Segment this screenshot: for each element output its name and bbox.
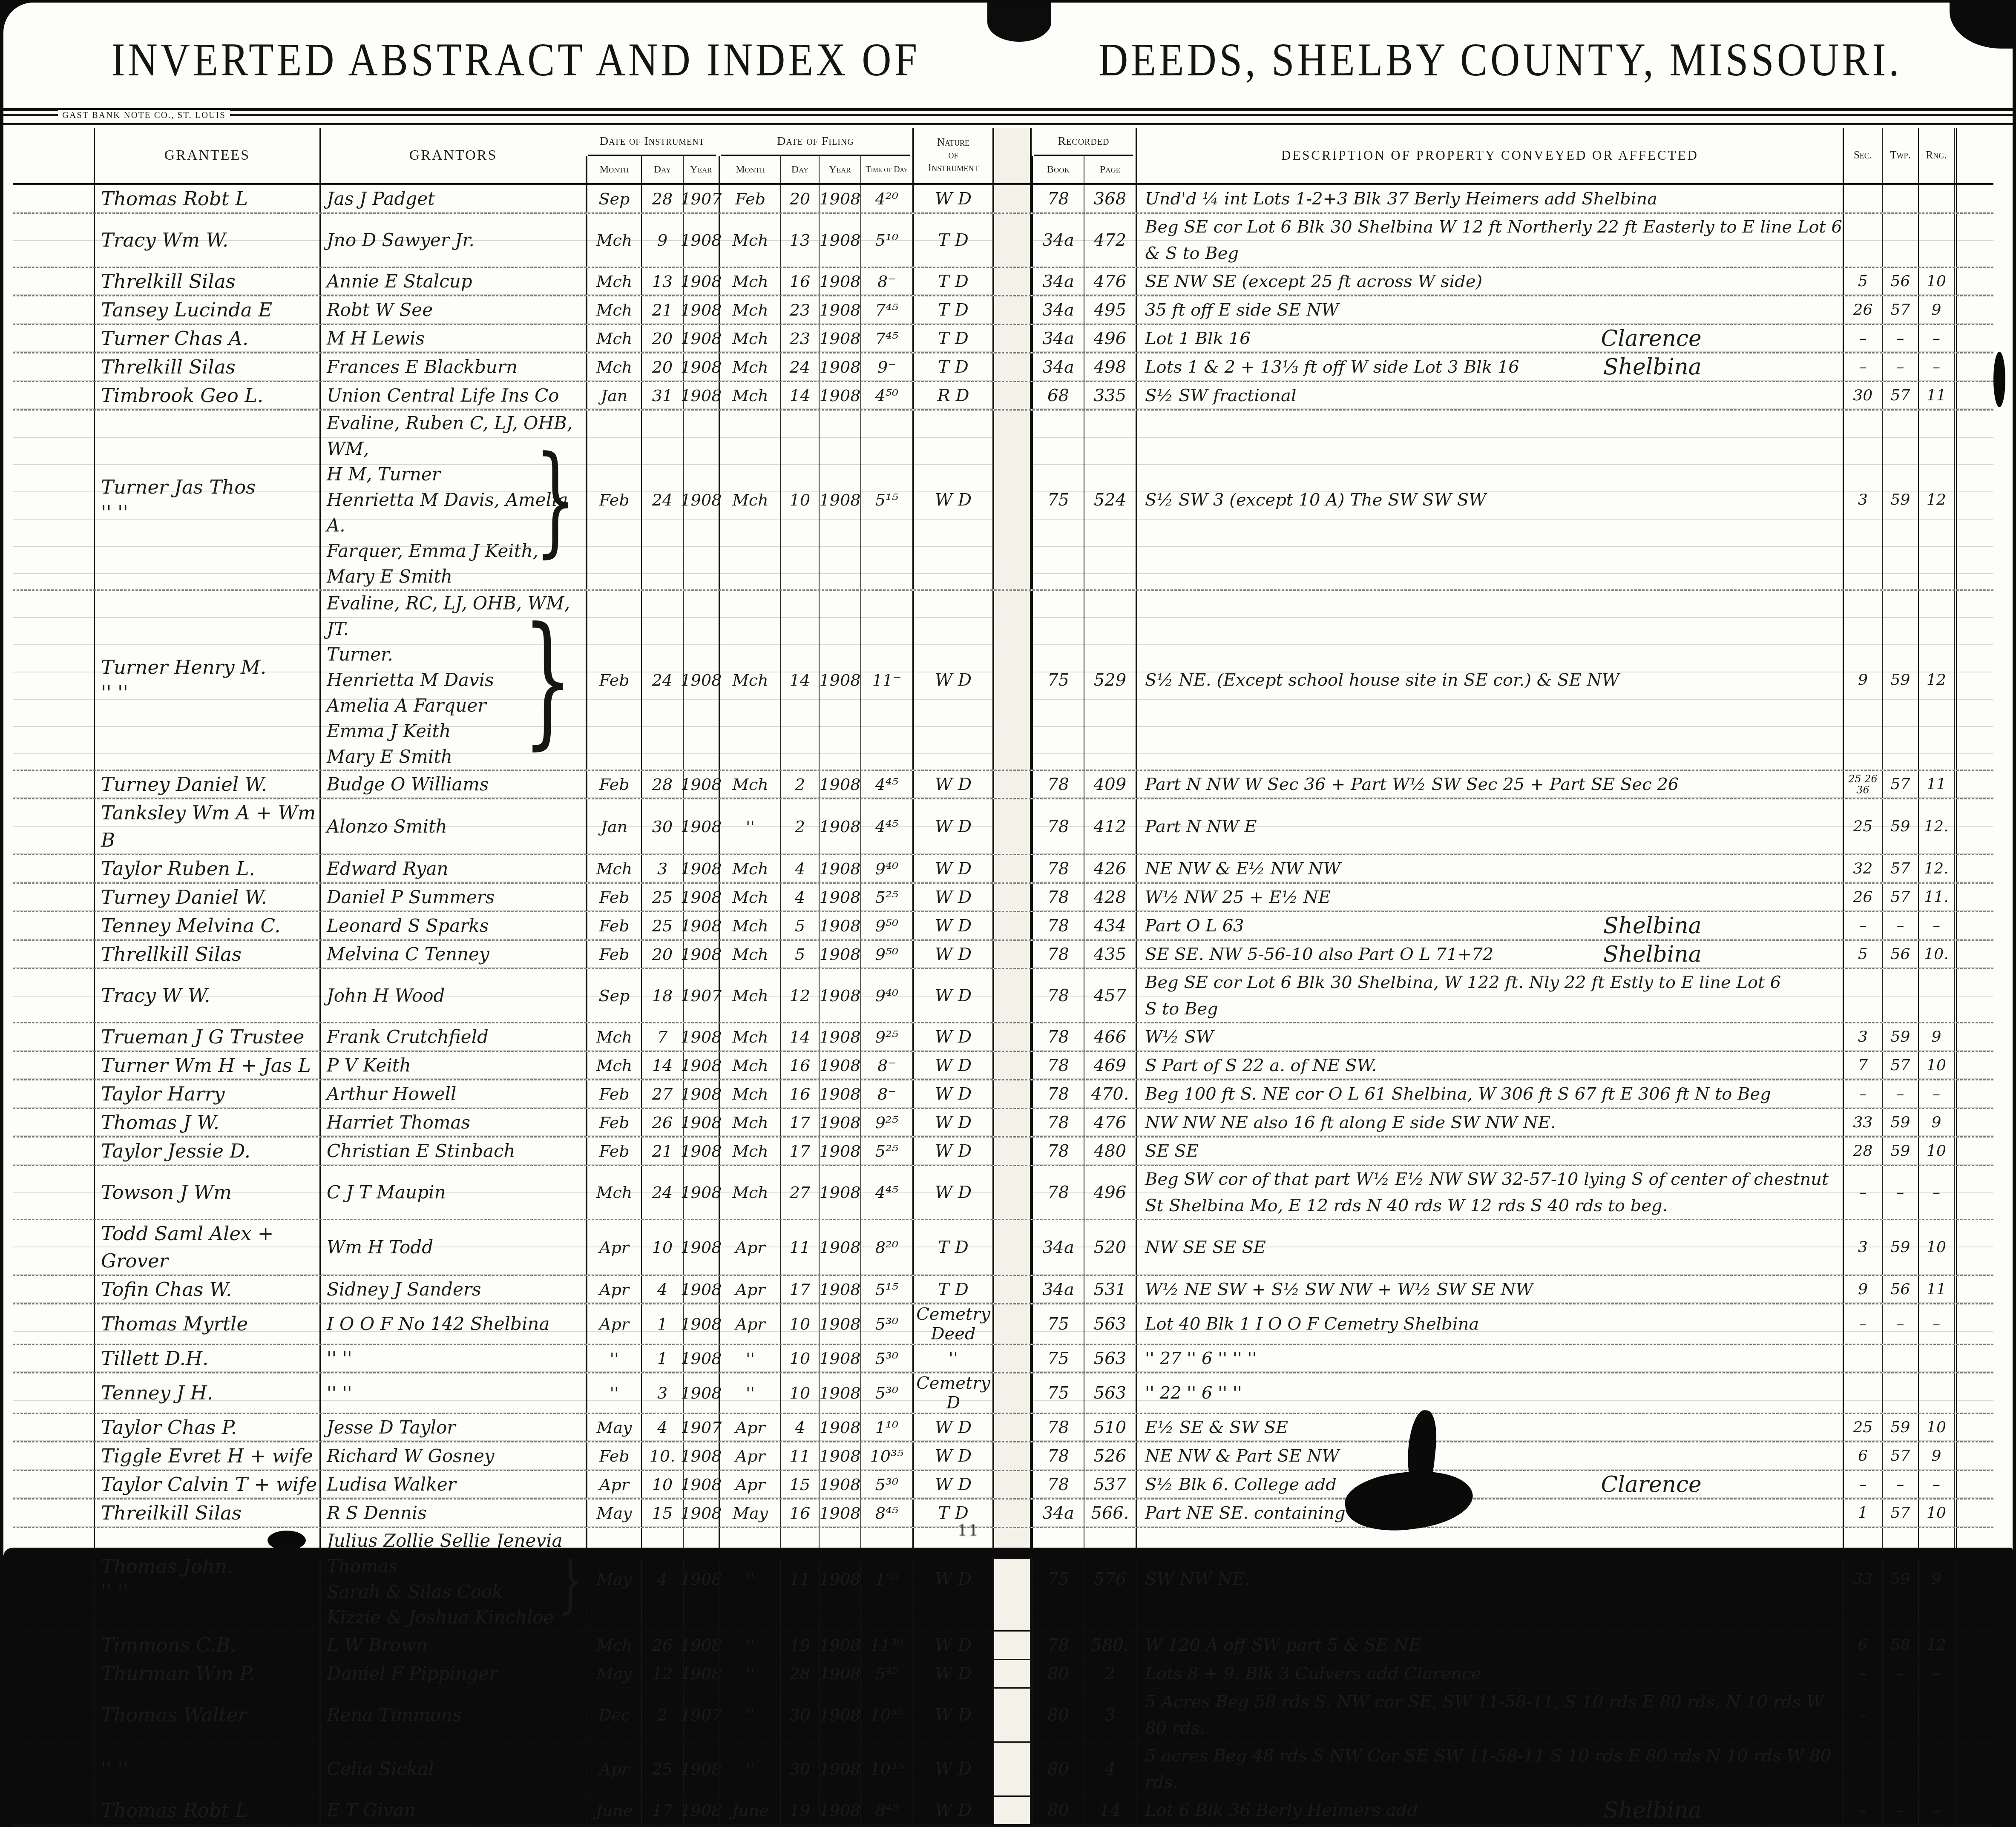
book-cell: 78: [1032, 185, 1084, 213]
handwritten-text: 78: [1047, 185, 1069, 213]
file-month-cell: Feb: [719, 185, 780, 213]
file-day-cell: 16: [780, 1500, 819, 1527]
rng-cell: –: [1918, 1080, 1954, 1108]
handwritten-text: 11: [1927, 771, 1946, 798]
right-margin-cell: [1954, 1471, 1993, 1498]
right-margin-cell: [1954, 771, 1993, 798]
handwritten-text: W D: [935, 1183, 972, 1202]
page-cell: 563: [1084, 1373, 1136, 1413]
file-year-cell: 1908: [819, 1109, 860, 1136]
time-cell: 5³⁰: [860, 1373, 912, 1413]
handwritten-text: 34a: [1042, 1500, 1074, 1527]
margin-cell: [13, 1345, 94, 1372]
twp-cell: 59: [1882, 411, 1918, 589]
table-row: Tanksley Wm A + Wm BAlonzo SmithJan30190…: [13, 799, 1993, 855]
handwritten-text: 496: [1094, 1179, 1126, 1206]
sec-cell: [1843, 1345, 1882, 1372]
handwritten-text: 368: [1094, 185, 1126, 213]
sec-cell: 26: [1843, 884, 1882, 911]
grantor-cell: Frank Crutchfield: [319, 1023, 586, 1051]
grantor-cell: P V Keith: [319, 1052, 586, 1079]
handwritten-text: 563: [1094, 1310, 1126, 1338]
right-margin-cell: [1954, 1276, 1993, 1303]
file-year-cell: 1908: [819, 1471, 860, 1498]
page-cell: 470.: [1084, 1080, 1136, 1108]
handwritten-text: 56: [1891, 1276, 1910, 1303]
handwritten-text: 78: [1047, 884, 1069, 911]
grantor-cell: Jas J Padget: [319, 185, 586, 213]
margin-cell: [13, 1304, 94, 1344]
handwritten-text: Und'd ¼ int Lots 1-2+3 Blk 37 Berly Heim…: [1137, 186, 1657, 212]
instr-month-cell: Mch: [586, 214, 641, 267]
grantee-cell: Tansey Lucinda E: [94, 296, 319, 324]
instr-day-cell: 28: [641, 771, 683, 798]
nature-cell: W D: [912, 1471, 992, 1498]
handwritten-text: SE NW SE (except 25 ft across W side): [1137, 268, 1482, 295]
handwritten-text: 472: [1094, 227, 1126, 254]
handwritten-text: –: [1897, 325, 1904, 352]
rng-cell: 9: [1918, 296, 1954, 324]
handwritten-text: Threlkill Silas: [95, 268, 236, 295]
handwritten-text: 496: [1094, 325, 1126, 352]
grantee-cell: Taylor Ruben L.: [94, 855, 319, 882]
handwritten-text: –: [1859, 1080, 1867, 1108]
handwritten-text: 34a: [1042, 325, 1074, 352]
handwritten-text: 11.: [1924, 884, 1948, 911]
handwritten-text: Beg SE cor Lot 6 Blk 30 Shelbina, W 122 …: [1137, 969, 1781, 1022]
handwritten-text: 78: [1047, 1138, 1069, 1165]
right-margin-cell: [1954, 969, 1993, 1022]
rng-cell: [1918, 969, 1954, 1022]
handwritten-text: –: [1933, 1080, 1940, 1108]
margin-cell: [13, 912, 94, 939]
handwritten-text: Feb: [599, 771, 629, 798]
handwritten-text: 59: [1891, 1138, 1910, 1165]
handwritten-text: '': [610, 1345, 619, 1372]
handwritten-text: 1908: [820, 325, 861, 352]
sec-cell: 3: [1843, 1023, 1882, 1051]
file-day-cell: 24: [780, 353, 819, 381]
instr-day-cell: 18: [641, 969, 683, 1022]
instr-month-cell: Mch: [586, 296, 641, 324]
twp-cell: 57: [1882, 1052, 1918, 1079]
description-cell: Part NE SE. containing 2 A.: [1136, 1500, 1843, 1527]
page-cell: 428: [1084, 884, 1136, 911]
handwritten-text: 2: [795, 771, 805, 798]
sec-cell: [1843, 185, 1882, 213]
handwritten-text: –: [1859, 325, 1867, 352]
handwritten-text: Tansey Lucinda E: [95, 296, 272, 324]
margin-cell: [13, 771, 94, 798]
file-month-cell: '': [719, 799, 780, 854]
sec-cell: 30: [1843, 382, 1882, 409]
handwritten-text: 1908: [681, 1345, 722, 1372]
instr-month-cell: May: [586, 1414, 641, 1441]
page-cell: 531: [1084, 1276, 1136, 1303]
handwritten-text: 5: [1858, 941, 1868, 968]
handwritten-text: Feb: [735, 185, 765, 213]
instr-year-cell: 1908: [683, 941, 719, 968]
handwritten-text: 1908: [820, 1023, 861, 1051]
page-cell: 476: [1084, 1109, 1136, 1136]
handwritten-text: 57: [1891, 884, 1910, 911]
handwritten-text: 16: [790, 268, 810, 295]
right-margin-cell: [1954, 296, 1993, 324]
grantor-cell: Leonard S Sparks: [319, 912, 586, 939]
sec-cell: 32: [1843, 855, 1882, 882]
handwritten-text: 12: [1927, 666, 1946, 694]
grantee-cell: Tiggle Evret H + wife: [94, 1442, 319, 1470]
subheader-page: Page: [1084, 156, 1136, 183]
book-cell: 34a: [1032, 1276, 1084, 1303]
handwritten-text: 12: [790, 982, 810, 1009]
instr-day-cell: 21: [641, 296, 683, 324]
instr-year-cell: 1908: [683, 382, 719, 409]
handwritten-text: Apr: [736, 1414, 765, 1441]
handwritten-text: Mch: [596, 855, 633, 882]
right-margin-cell: [1954, 1414, 1993, 1441]
nature-cell: W D: [912, 591, 992, 770]
handwritten-text: Mch: [596, 1023, 633, 1051]
handwritten-text: '': [746, 813, 755, 840]
book-cell: 78: [1032, 771, 1084, 798]
handwritten-text: W D: [935, 1141, 972, 1161]
handwritten-text: 34a: [1042, 1276, 1074, 1303]
file-month-cell: '': [719, 1373, 780, 1413]
handwritten-text: 27: [652, 1080, 673, 1108]
handwritten-text: Threilkill Silas: [95, 1500, 242, 1527]
handwritten-text: NE NW & Part SE NW: [1137, 1443, 1339, 1469]
handwritten-text: 409: [1094, 771, 1126, 798]
handwritten-text: Feb: [599, 1080, 629, 1108]
handwritten-text: 563: [1094, 1379, 1126, 1407]
nature-cell: W D: [912, 855, 992, 882]
handwritten-text: 14: [790, 1023, 810, 1051]
handwritten-text: 1908: [681, 1234, 722, 1261]
file-month-cell: Mch: [719, 1166, 780, 1219]
handwritten-text: Threllkill Silas: [95, 941, 242, 968]
right-margin-cell: [1954, 884, 1993, 911]
handwritten-text: E½ SE & SW SE: [1137, 1414, 1288, 1441]
subheader-file-day: Day: [780, 156, 819, 183]
nature-cell: Cemetry Deed: [912, 1304, 992, 1344]
fold-cell: [992, 1023, 1032, 1051]
page-cell: 495: [1084, 296, 1136, 324]
handwritten-text: 8⁻: [877, 1080, 896, 1108]
description-cell: Part O L 63Shelbina: [1136, 912, 1843, 939]
margin-cell: [13, 855, 94, 882]
handwritten-text: Jan: [601, 813, 627, 840]
handwritten-text: W D: [935, 888, 972, 907]
handwritten-text: –: [1859, 1179, 1867, 1206]
file-month-cell: Apr: [719, 1304, 780, 1344]
grantee-cell: Trueman J G Trustee: [94, 1023, 319, 1051]
handwritten-text: Feb: [599, 486, 629, 514]
time-cell: 4⁴⁵: [860, 771, 912, 798]
handwritten-text: 1908: [681, 941, 722, 968]
col-header-description: DESCRIPTION OF PROPERTY CONVEYED OR AFFE…: [1136, 128, 1843, 183]
fold-cell: [992, 268, 1032, 295]
instr-month-cell: Jan: [586, 382, 641, 409]
description-cell: Part N NW E: [1136, 799, 1843, 854]
grantor-cell: Robt W See: [319, 296, 586, 324]
col-header-twp: Twp.: [1882, 128, 1918, 183]
description-cell: Lot 40 Blk 1 I O O F Cemetry Shelbina: [1136, 1304, 1843, 1344]
handwritten-text: 476: [1094, 268, 1126, 295]
table-row: Threllkill SilasMelvina C TenneyFeb20190…: [13, 941, 1993, 969]
table-row: Turney Daniel W.Budge O WilliamsFeb28190…: [13, 771, 1993, 799]
instr-year-cell: 1907: [683, 185, 719, 213]
margin-cell: [13, 1414, 94, 1441]
rng-cell: 9: [1918, 1442, 1954, 1470]
handwritten-text: W D: [935, 1027, 972, 1047]
nature-cell: W D: [912, 1052, 992, 1079]
instr-year-cell: 1908: [683, 771, 719, 798]
handwritten-text: 11: [790, 1234, 810, 1261]
rng-cell: 9: [1918, 1109, 1954, 1136]
file-year-cell: 1908: [819, 799, 860, 854]
time-cell: 9⁴⁰: [860, 855, 912, 882]
instr-month-cell: Apr: [586, 1220, 641, 1275]
instr-year-cell: 1908: [683, 214, 719, 267]
nature-cell: W D: [912, 411, 992, 589]
handwritten-text: 466: [1094, 1023, 1126, 1051]
twp-cell: 59: [1882, 1109, 1918, 1136]
handwritten-text: R S Dennis: [321, 1500, 427, 1527]
handwritten-text: 78: [1047, 912, 1069, 939]
grantee-cell: Towson J Wm: [94, 1166, 319, 1219]
handwritten-text: 524: [1094, 486, 1126, 514]
handwritten-text: 9: [1858, 1276, 1868, 1303]
margin-cell: [13, 969, 94, 1022]
rng-cell: –: [1918, 912, 1954, 939]
book-cell: 34a: [1032, 296, 1084, 324]
handwritten-text: Apr: [736, 1234, 765, 1261]
handwritten-text: –: [1933, 1471, 1940, 1498]
file-year-cell: 1908: [819, 325, 860, 352]
margin-cell: [13, 1500, 94, 1527]
time-cell: 5³⁰: [860, 1345, 912, 1372]
right-margin-cell: [1954, 1220, 1993, 1275]
handwritten-text: 7⁴⁵: [875, 325, 899, 352]
handwritten-text: W D: [935, 775, 972, 794]
time-cell: 4⁵⁰: [860, 382, 912, 409]
grantor-cell: Budge O Williams: [319, 771, 586, 798]
handwritten-text: 1908: [820, 1052, 861, 1079]
handwritten-text: Timbrook Geo L.: [95, 382, 263, 409]
handwritten-text: 1908: [681, 1471, 722, 1498]
handwritten-text: S Part of S 22 a. of NE SW.: [1137, 1052, 1377, 1079]
handwritten-text: Mch: [732, 941, 768, 968]
handwritten-text: Richard W Gosney: [321, 1442, 495, 1470]
handwritten-text: W D: [935, 986, 972, 1005]
handwritten-text: Tenney Melvina C.: [95, 912, 281, 939]
subheader-book: Book: [1032, 156, 1084, 183]
handwritten-text: 1: [657, 1310, 667, 1338]
time-cell: 7⁴⁵: [860, 325, 912, 352]
handwritten-text: Edward Ryan: [321, 855, 449, 882]
handwritten-text: 59: [1891, 486, 1910, 514]
handwritten-text: Mch: [732, 296, 768, 324]
handwritten-text: 57: [1891, 1052, 1910, 1079]
fold-cell: [992, 1345, 1032, 1372]
handwritten-text: 28: [652, 185, 673, 213]
handwritten-text: 563: [1094, 1345, 1126, 1372]
handwritten-text: Feb: [599, 1138, 629, 1165]
handwritten-text: T D: [938, 1280, 968, 1299]
instr-month-cell: Feb: [586, 411, 641, 589]
col-header-date-of-instrument: Date of Instrument: [588, 128, 716, 156]
handwritten-text: W D: [935, 859, 972, 879]
handwritten-text: 1907: [681, 1414, 722, 1441]
rng-cell: [1918, 1373, 1954, 1413]
book-cell: 78: [1032, 855, 1084, 882]
grantee-cell: Tanksley Wm A + Wm B: [94, 799, 319, 854]
handwritten-text: 1908: [681, 855, 722, 882]
instr-day-cell: 20: [641, 353, 683, 381]
handwritten-text: Alonzo Smith: [321, 813, 447, 840]
handwritten-text: Tracy W W.: [95, 982, 210, 1009]
grantor-cell: John H Wood: [319, 969, 586, 1022]
file-month-cell: Mch: [719, 855, 780, 882]
grantee-cell: Tracy Wm W.: [94, 214, 319, 267]
fold-cell: [992, 411, 1032, 589]
rng-cell: –: [1918, 1471, 1954, 1498]
handwritten-text: C J T Maupin: [321, 1179, 446, 1206]
handwritten-text: 428: [1094, 884, 1126, 911]
handwritten-text: 78: [1047, 1471, 1069, 1498]
time-cell: 5¹⁵: [860, 1276, 912, 1303]
handwritten-text: 1908: [820, 1179, 861, 1206]
handwritten-text: 520: [1094, 1234, 1126, 1261]
handwritten-text: 3: [657, 1379, 667, 1407]
grantee-cell: Tracy W W.: [94, 969, 319, 1022]
book-cell: 75: [1032, 591, 1084, 770]
handwritten-text: May: [733, 1500, 768, 1527]
handwritten-text: 10: [1927, 268, 1946, 295]
handwritten-text: W D: [935, 1418, 972, 1437]
instr-year-cell: 1908: [683, 799, 719, 854]
time-cell: 9⁻: [860, 353, 912, 381]
fold-cell: [992, 353, 1032, 381]
grantee-cell: Tofin Chas W.: [94, 1276, 319, 1303]
handwritten-text: 3: [657, 855, 667, 882]
nature-cell: W D: [912, 1138, 992, 1165]
nature-cell: W D: [912, 185, 992, 213]
handwritten-text: 10: [790, 1345, 810, 1372]
handwritten-text: 57: [1891, 1500, 1910, 1527]
file-year-cell: 1908: [819, 771, 860, 798]
right-margin-cell: [1954, 1052, 1993, 1079]
instr-year-cell: 1908: [683, 411, 719, 589]
place-name: Shelbina: [1603, 354, 1702, 380]
instr-day-cell: 25: [641, 912, 683, 939]
handwritten-text: 1908: [681, 296, 722, 324]
instr-day-cell: 3: [641, 1373, 683, 1413]
sec-cell: –: [1843, 1166, 1882, 1219]
file-month-cell: Mch: [719, 411, 780, 589]
file-year-cell: 1908: [819, 296, 860, 324]
nature-cell: W D: [912, 1109, 992, 1136]
instr-year-cell: 1907: [683, 969, 719, 1022]
handwritten-text: Frank Crutchfield: [321, 1023, 489, 1051]
right-margin-cell: [1954, 1023, 1993, 1051]
nature-cell: W D: [912, 969, 992, 1022]
instr-month-cell: Feb: [586, 1080, 641, 1108]
right-margin-cell: [1954, 1109, 1993, 1136]
handwritten-text: –: [1897, 1179, 1904, 1206]
table-row: Turner Chas A.M H LewisMch201908Mch23190…: [13, 325, 1993, 353]
handwritten-text: Jesse D Taylor: [321, 1414, 455, 1441]
margin-cell: [13, 214, 94, 267]
handwritten-text: 59: [1891, 666, 1910, 694]
right-margin-cell: [1954, 382, 1993, 409]
time-cell: 9⁵⁰: [860, 912, 912, 939]
handwritten-text: 9²⁵: [875, 1023, 899, 1051]
book-cell: 78: [1032, 1080, 1084, 1108]
handwritten-text: 335: [1094, 382, 1126, 409]
handwritten-text: Apr: [599, 1234, 629, 1261]
rng-cell: [1918, 214, 1954, 267]
handwritten-text: 412: [1094, 813, 1126, 840]
handwritten-text: 1908: [681, 1310, 722, 1338]
right-margin-cell: [1954, 1080, 1993, 1108]
margin-cell: [13, 296, 94, 324]
table-row: Tillett D.H.'' ''''11908''1019085³⁰''755…: [13, 1345, 1993, 1373]
book-cell: 34a: [1032, 1220, 1084, 1275]
table-header: GRANTEES GRANTORS Date of Instrument Dat…: [13, 128, 1993, 185]
file-month-cell: '': [719, 1345, 780, 1372]
book-cell: 34a: [1032, 353, 1084, 381]
handwritten-text: Tanksley Wm A + Wm B: [95, 799, 319, 854]
handwritten-text: Towson J Wm: [95, 1179, 232, 1206]
file-day-cell: 5: [780, 941, 819, 968]
twp-cell: 59: [1882, 591, 1918, 770]
handwritten-text: 10.: [650, 1442, 675, 1470]
time-cell: 5¹⁰: [860, 214, 912, 267]
rng-cell: [1918, 1345, 1954, 1372]
nature-cell: T D: [912, 268, 992, 295]
handwritten-text: 75: [1047, 1345, 1069, 1372]
twp-cell: [1882, 969, 1918, 1022]
instr-day-cell: 24: [641, 591, 683, 770]
right-margin-cell: [1954, 1345, 1993, 1372]
fold-cell: [992, 382, 1032, 409]
twp-cell: 57: [1882, 855, 1918, 882]
file-year-cell: 1908: [819, 912, 860, 939]
handwritten-text: 4: [657, 1276, 667, 1303]
handwritten-text: Thomas Robt L: [95, 185, 248, 213]
handwritten-text: 57: [1891, 1442, 1910, 1470]
file-day-cell: 4: [780, 884, 819, 911]
handwritten-text: 10: [1927, 1500, 1946, 1527]
table-row: Taylor Ruben L.Edward RyanMch31908Mch419…: [13, 855, 1993, 884]
grantor-cell: Sidney J Sanders: [319, 1276, 586, 1303]
handwritten-text: 1908: [681, 813, 722, 840]
grantee-cell: Thomas Robt L: [94, 185, 319, 213]
handwritten-text: 9: [1932, 1442, 1941, 1470]
handwritten-text: 9: [657, 227, 667, 254]
handwritten-text: 59: [1891, 1414, 1910, 1441]
handwritten-text: W D: [935, 1056, 972, 1075]
table-row: Turner Henry M. '' ''Evaline, RC, LJ, OH…: [13, 591, 1993, 771]
handwritten-text: 34a: [1042, 268, 1074, 295]
handwritten-text: Mch: [732, 855, 768, 882]
grantor-cell: Wm H Todd: [319, 1220, 586, 1275]
instr-month-cell: Mch: [586, 1166, 641, 1219]
twp-cell: –: [1882, 1471, 1918, 1498]
instr-month-cell: Mch: [586, 353, 641, 381]
